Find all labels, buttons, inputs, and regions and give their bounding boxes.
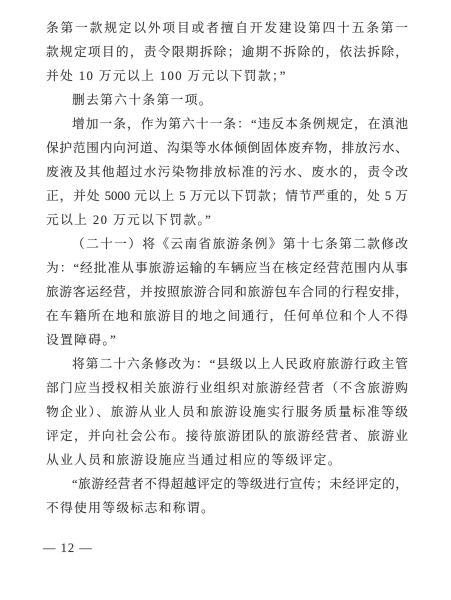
text-line: 从业人员和旅游设施应当通过相应的等级评定。: [46, 448, 408, 472]
text-line: 物企业）、旅游从业人员和旅游设施实行服务质量标准等级: [46, 400, 408, 424]
text-line: 元以上 20 万元以下罚款。”: [46, 208, 408, 232]
text-line: 旅游客运经营，并按照旅游合同和旅游包车合同的行程安排，: [46, 280, 408, 304]
text-line: 为：“经批准从事旅游运输的车辆应当在核定经营范围内从事: [46, 256, 408, 280]
text-line: 在车籍所在地和旅游目的地之间通行，任何单位和个人不得: [46, 304, 408, 328]
document-page: 条第一款规定以外项目或者擅自开发建设第四十五条第一款规定项目的，责令限期拆除；逾…: [0, 0, 451, 600]
document-body: 条第一款规定以外项目或者擅自开发建设第四十五条第一款规定项目的，责令限期拆除；逾…: [46, 16, 408, 520]
text-line: “旅游经营者不得超越评定的等级进行宣传；未经评定的，: [46, 472, 408, 496]
text-line: 不得使用等级标志和称谓。: [46, 496, 408, 520]
text-line: 增加一条，作为第六十一条：“违反本条例规定，在滇池: [46, 112, 408, 136]
text-line: 评定，并向社会公布。接待旅游团队的旅游经营者、旅游业: [46, 424, 408, 448]
text-line: 废液及其他超过水污染物排放标准的污水、废水的，责令改: [46, 160, 408, 184]
text-line: 正，并处 5000 元以上 5 万元以下罚款；情节严重的，处 5 万: [46, 184, 408, 208]
page-number: — 12 —: [43, 541, 93, 556]
text-line: 将第二十六条修改为：“县级以上人民政府旅游行政主管: [46, 352, 408, 376]
text-line: 部门应当授权相关旅游行业组织对旅游经营者（不含旅游购: [46, 376, 408, 400]
text-line: 条第一款规定以外项目或者擅自开发建设第四十五条第一: [46, 16, 408, 40]
text-line: 删去第六十条第一项。: [46, 88, 408, 112]
text-line: 设置障碍。”: [46, 328, 408, 352]
text-line: 款规定项目的，责令限期拆除；逾期不拆除的，依法拆除，: [46, 40, 408, 64]
text-line: 并处 10 万元以上 100 万元以下罚款；”: [46, 64, 408, 88]
text-line: （二十一）将《云南省旅游条例》第十七条第二款修改: [46, 232, 408, 256]
text-line: 保护范围内向河道、沟渠等水体倾倒固体废弃物，排放污水、: [46, 136, 408, 160]
